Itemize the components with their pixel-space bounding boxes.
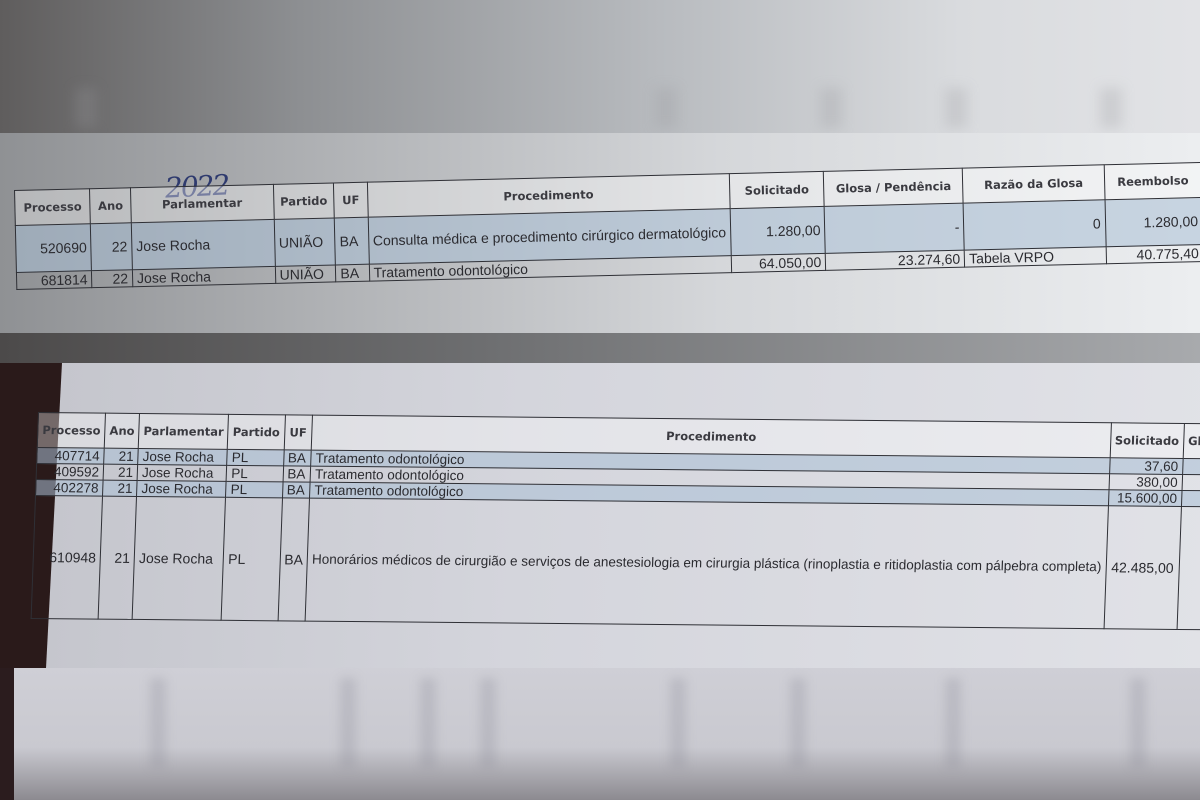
cell-solicitado: 42.485,00 [1104,506,1182,630]
cell-reembolso: 40.775,40 [1106,244,1200,263]
col-partido: Partido [273,183,335,219]
cell-glosa: 41.785,00 [1177,506,1200,630]
table-row: 610948 21 Jose Rocha PL BA Honorários mé… [31,495,1200,633]
col-glosa: Glosa / Pendência [1183,424,1200,460]
col-partido: Partido [228,414,285,450]
cell-glosa: 23.274,60 [826,250,965,270]
cell-ano: 22 [91,223,133,271]
cell-ano: 21 [103,480,138,496]
cell-solicitado: 64.050,00 [731,253,826,272]
col-reembolso: Reembolso [1104,163,1200,200]
cell-glosa: - [1182,458,1200,475]
col-uf: UF [334,182,368,218]
cell-processo: 409592 [36,463,104,480]
cell-partido: PL [226,481,283,498]
cell-partido: UNIÃO [275,265,336,283]
cell-ano: 22 [92,270,133,288]
cell-uf: BA [282,482,310,498]
cell-parlamentar: Jose Rocha [137,480,227,497]
col-ano: Ano [90,188,131,224]
reimbursement-table-2021: Processo Ano Parlamentar Partido UF Proc… [31,412,1200,634]
cell-parlamentar: Jose Rocha [131,219,275,269]
cell-glosa: - [1182,474,1200,491]
cell-glosa: 2.361,82 [1181,490,1200,507]
col-uf: UF [284,415,313,450]
cell-razao: Tabela VRPO [964,247,1106,267]
col-processo: Processo [37,413,105,449]
blurred-background-top [0,0,1200,133]
cell-partido: PL [227,449,284,466]
cell-ano: 21 [104,448,139,464]
col-parlamentar: Parlamentar [130,184,273,222]
cell-partido: PL [226,465,283,482]
cell-parlamentar: Jose Rocha [137,464,227,481]
cell-ano: 21 [98,496,136,619]
cell-solicitado: 380,00 [1109,474,1183,491]
cell-partido: PL [221,497,282,621]
col-razao: Razão da Glosa [963,165,1105,203]
cell-ano: 21 [103,464,138,480]
col-solicitado: Solicitado [1110,423,1184,459]
cell-uf: BA [278,498,310,621]
cell-processo: 681814 [16,271,92,290]
cell-processo: 402278 [36,479,104,496]
cell-processo: 407714 [37,447,105,464]
cell-uf: BA [283,466,311,482]
cell-parlamentar: Jose Rocha [138,448,228,465]
blurred-background-bottom [0,668,1200,800]
cell-parlamentar: Jose Rocha [132,266,275,286]
cell-uf: BA [283,450,311,466]
cell-processo: 520690 [15,224,91,273]
dark-edge [0,668,14,800]
cell-processo: 610948 [31,495,103,619]
col-glosa: Glosa / Pendência [824,168,964,206]
cell-procedimento: Honorários médicos de cirurgião e serviç… [305,498,1108,629]
cell-razao: 0 [963,200,1105,250]
cell-uf: BA [336,264,370,282]
cell-solicitado: 37,60 [1109,458,1183,475]
cell-reembolso: 1.280,00 [1105,198,1200,247]
cell-glosa: - [824,203,964,253]
shadow-edge [0,333,1200,363]
cell-solicitado: 15.600,00 [1108,490,1182,507]
cell-uf: BA [335,217,369,265]
cell-parlamentar: Jose Rocha [132,496,226,620]
col-ano: Ano [104,413,139,448]
col-processo: Processo [15,189,91,226]
cell-procedimento: Consulta médica e procedimento cirúrgico… [368,209,731,265]
col-parlamentar: Parlamentar [138,413,228,449]
cell-solicitado: 1.280,00 [730,206,826,255]
col-solicitado: Solicitado [729,171,824,208]
cell-partido: UNIÃO [274,218,336,266]
